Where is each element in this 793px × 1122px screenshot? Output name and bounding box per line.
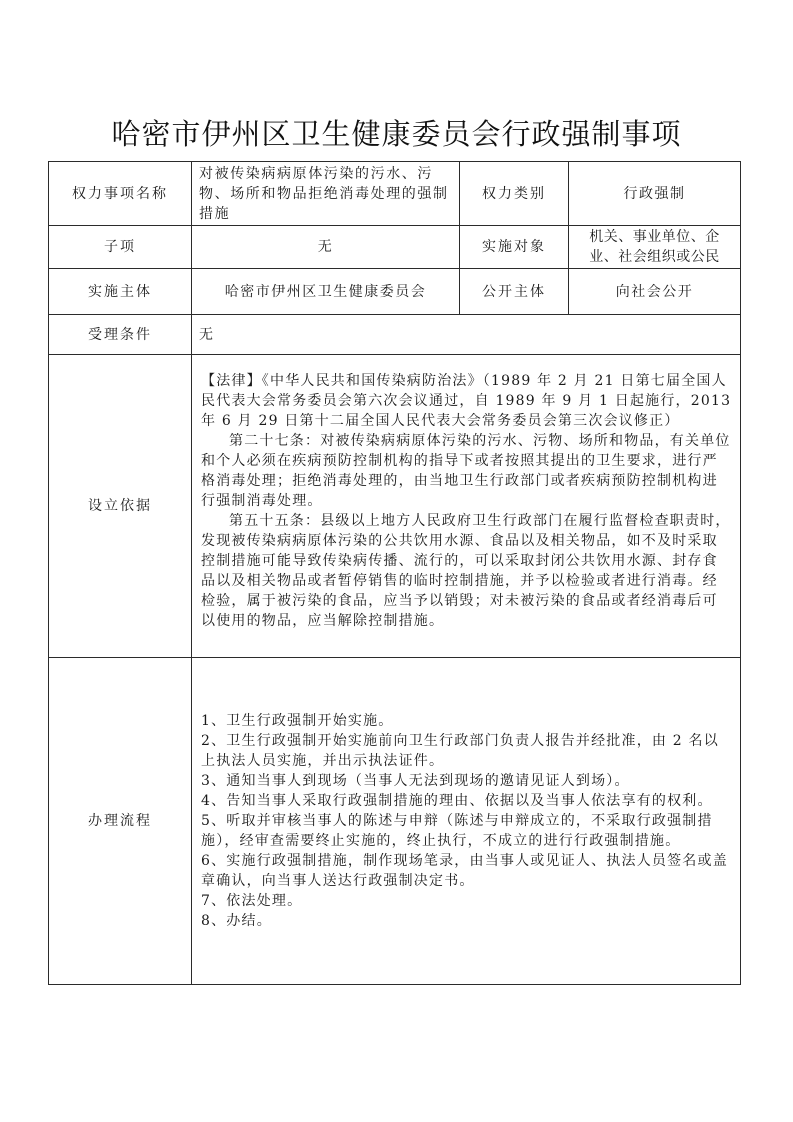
process-step-6: 6、实施行政强制措施，制作现场笔录，由当事人或见证人、执法人员签名或盖章确认，向… (201, 851, 732, 891)
table-row-acceptance: 受理条件 无 (49, 315, 741, 355)
label-acceptance-conditions: 受理条件 (49, 315, 192, 355)
value-power-item-name: 对被传染病病原体污染的污水、污物、场所和物品拒绝消毒处理的强制措施 (192, 162, 460, 226)
label-target: 实施对象 (460, 226, 569, 269)
label-subitem: 子项 (49, 226, 192, 269)
label-legal-basis: 设立依据 (49, 355, 192, 658)
process-steps: 1、卫生行政强制开始实施。 2、卫生行政强制开始实施前向卫生行政部门负责人报告并… (192, 658, 741, 985)
value-acceptance-conditions: 无 (192, 315, 741, 355)
label-implementer: 实施主体 (49, 269, 192, 315)
process-step-5: 5、听取并审核当事人的陈述与申辩（陈述与申辩成立的，不采取行政强制措施），经审查… (201, 811, 732, 851)
label-power-category: 权力类别 (460, 162, 569, 226)
table-row-implementer: 实施主体 哈密市伊州区卫生健康委员会 公开主体 向社会公开 (49, 269, 741, 315)
value-target: 机关、事业单位、企业、社会组织或公民 (569, 226, 741, 269)
legal-basis-content: 【法律】《中华人民共和国传染病防治法》（1989 年 2 月 21 日第七届全国… (192, 355, 741, 658)
process-step-7: 7、依法处理。 (201, 891, 732, 911)
label-disclosure: 公开主体 (460, 269, 569, 315)
process-step-8: 8、办结。 (201, 911, 732, 931)
enforcement-item-table: 权力事项名称 对被传染病病原体污染的污水、污物、场所和物品拒绝消毒处理的强制措施… (48, 161, 741, 985)
value-subitem: 无 (192, 226, 460, 269)
legal-basis-article-27: 第二十七条：对被传染病病原体污染的污水、污物、场所和物品，有关单位和个人必须在疾… (201, 431, 732, 511)
table-row-legal-basis: 设立依据 【法律】《中华人民共和国传染病防治法》（1989 年 2 月 21 日… (49, 355, 741, 658)
process-step-2: 2、卫生行政强制开始实施前向卫生行政部门负责人报告并经批准，由 2 名以上执法人… (201, 731, 732, 771)
legal-basis-law: 【法律】《中华人民共和国传染病防治法》（1989 年 2 月 21 日第七届全国… (201, 371, 732, 431)
document-title: 哈密市伊州区卫生健康委员会行政强制事项 (0, 112, 793, 153)
label-process: 办理流程 (49, 658, 192, 985)
legal-basis-article-55: 第五十五条：县级以上地方人民政府卫生行政部门在履行监督检查职责时，发现被传染病病… (201, 511, 732, 631)
process-step-4: 4、告知当事人采取行政强制措施的理由、依据以及当事人依法享有的权利。 (201, 791, 732, 811)
label-power-item-name: 权力事项名称 (49, 162, 192, 226)
process-step-1: 1、卫生行政强制开始实施。 (201, 711, 732, 731)
table-row-process: 办理流程 1、卫生行政强制开始实施。 2、卫生行政强制开始实施前向卫生行政部门负… (49, 658, 741, 985)
process-step-3: 3、通知当事人到现场（当事人无法到现场的邀请见证人到场）。 (201, 771, 732, 791)
table-row-item-name: 权力事项名称 对被传染病病原体污染的污水、污物、场所和物品拒绝消毒处理的强制措施… (49, 162, 741, 226)
value-power-category: 行政强制 (569, 162, 741, 226)
value-disclosure: 向社会公开 (569, 269, 741, 315)
table-row-subitem: 子项 无 实施对象 机关、事业单位、企业、社会组织或公民 (49, 226, 741, 269)
value-implementer: 哈密市伊州区卫生健康委员会 (192, 269, 460, 315)
